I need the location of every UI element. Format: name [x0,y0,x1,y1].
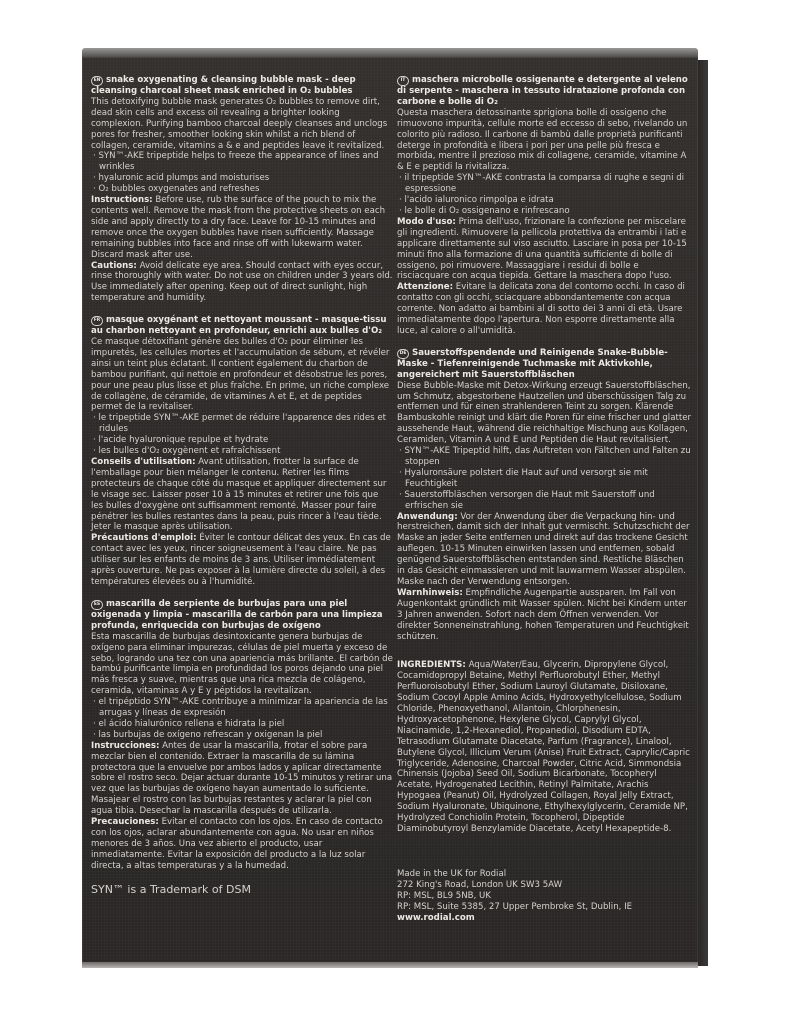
bullet-it-1: il tripeptide SYN™-AKE contrasta la comp… [397,173,692,195]
product-box-back-panel: ENsnake oxygenating & cleansing bubble m… [82,57,698,966]
box-side-panel [698,60,708,966]
bullet-de-2: Hyaluronsäure polstert die Haut auf und … [397,468,692,490]
bullet-de-3: Sauerstoffbläschen versorgen die Haut mi… [397,490,692,512]
body-it: Questa maschera detossinante sprigiona b… [397,108,692,173]
responsible-person-uk: RP: MSL, BL9 5NB, UK [397,891,692,902]
instructions-es: Instrucciones: Antes de usar la mascaril… [91,741,393,817]
manufacturer-address: Made in the UK for Rodial 272 King's Roa… [397,869,692,924]
bullet-en-3: O₂ bubbles oxygenates and refreshes [91,184,393,195]
cautions-en: Cautions: Avoid delicate eye area. Shoul… [91,261,393,305]
box-bottom-edge [82,962,698,968]
bullet-it-2: l'acido ialuronico rimpolpa e idrata [397,195,692,206]
heading-fr: FRmasque oxygénant et nettoyant moussant… [91,315,393,337]
lang-badge-es-icon: ES [91,600,103,610]
section-it: ITmaschera microbolle ossigenante e dete… [397,75,692,337]
bullet-it-3: le bolle di O₂ ossigenano e rinfrescano [397,206,692,217]
lang-badge-de-icon: DE [397,349,409,359]
bullet-en-2: hyaluronic acid plumps and moisturises [91,173,393,184]
lang-badge-it-icon: IT [397,76,409,86]
body-fr: Ce masque détoxifiant génère des bulles … [91,337,393,413]
instructions-de: Anwendung: Vor der Anwendung über die Ve… [397,512,692,588]
bullet-fr-2: l'acide hyaluronique repulpe et hydrate [91,435,393,446]
body-en: This detoxifying bubble mask generates O… [91,97,393,152]
ingredients-label: INGREDIENTS: [397,660,466,670]
cautions-es: Precauciones: Evitar el contacto con los… [91,817,393,872]
cautions-fr: Précautions d'emploi: Éviter le contour … [91,533,393,588]
heading-es: ESmascarilla de serpiente de burbujas pa… [91,599,393,632]
section-es: ESmascarilla de serpiente de burbujas pa… [91,599,393,872]
made-in: Made in the UK for Rodial [397,869,692,880]
bullet-es-3: las burbujas de oxígeno refrescan y oxig… [91,730,393,741]
bullet-es-1: el tripéptido SYN™-AKE contribuye a mini… [91,697,393,719]
bullet-de-1: SYN™-AKE Tripeptid hilft, das Auftreten … [397,446,692,468]
body-de: Diese Bubble-Maske mit Detox-Wirkung erz… [397,381,692,446]
bullet-fr-1: le tripeptide SYN™-AKE permet de réduire… [91,413,393,435]
heading-de: DESauerstoffspendende und Reinigende Sna… [397,348,692,381]
heading-en: ENsnake oxygenating & cleansing bubble m… [91,75,393,97]
bullet-fr-3: les bulles d'O₂ oxygènent et rafraîchiss… [91,446,393,457]
responsible-person-ie: RP: MSL, Suite 5385, 27 Upper Pembroke S… [397,902,692,913]
ingredients-list: Aqua/Water/Eau, Glycerin, Dipropylene Gl… [397,660,690,834]
right-column: ITmaschera microbolle ossigenante e dete… [397,75,692,923]
instructions-it: Modo d'uso: Prima dell'uso, frizionare l… [397,217,692,282]
cautions-it: Attenzione: Evitare la delicata zona del… [397,282,692,337]
section-fr: FRmasque oxygénant et nettoyant moussant… [91,315,393,588]
body-es: Esta mascarilla de burbujas desintoxican… [91,632,393,697]
bullet-es-2: el ácido hialurónico rellena e hidrata l… [91,719,393,730]
heading-it: ITmaschera microbolle ossigenante e dete… [397,75,692,108]
instructions-fr: Conseils d'utilisation: Avant utilisatio… [91,457,393,533]
website-link[interactable]: www.rodial.com [397,913,692,924]
cautions-de: Warnhinweis: Empfindliche Augenpartie au… [397,588,692,643]
lang-badge-en-icon: EN [91,76,103,86]
street-address: 272 King's Road, London UK SW3 5AW [397,880,692,891]
ingredients: INGREDIENTS: Aqua/Water/Eau, Glycerin, D… [397,660,692,835]
trademark-notice: SYN™ is a Trademark of DSM [91,883,393,897]
section-en: ENsnake oxygenating & cleansing bubble m… [91,75,393,304]
section-de: DESauerstoffspendende und Reinigende Sna… [397,348,692,643]
lang-badge-fr-icon: FR [91,316,103,326]
left-column: ENsnake oxygenating & cleansing bubble m… [91,75,393,897]
instructions-en: Instructions: Before use, rub the surfac… [91,195,393,260]
bullet-en-1: SYN™-AKE tripeptide helps to freeze the … [91,151,393,173]
